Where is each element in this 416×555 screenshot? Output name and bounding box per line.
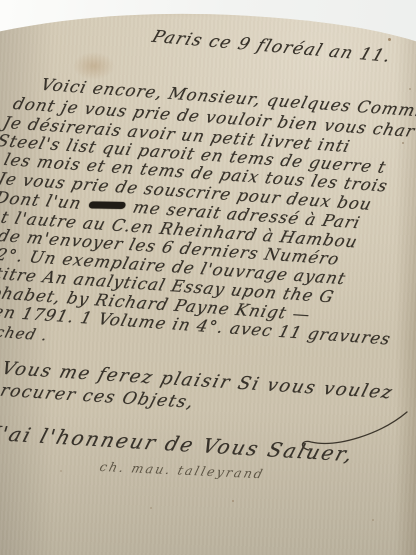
paper-speck — [388, 38, 391, 41]
signature: ch. mau. talleyrand — [98, 459, 266, 481]
letter-paper: Paris ce 9 floréal an 11. Voici encore, … — [0, 0, 416, 555]
paper-speck — [409, 88, 411, 90]
photo-backdrop: Paris ce 9 floréal an 11. Voici encore, … — [0, 0, 416, 555]
paper-speck — [402, 142, 404, 144]
paper-speck — [60, 470, 62, 472]
paper-speck — [232, 500, 234, 502]
paper-speck — [150, 507, 152, 509]
paper-speck — [372, 519, 374, 521]
letter-dateline: Paris ce 9 floréal an 11. — [149, 27, 394, 67]
ink-blot-redaction — [88, 201, 126, 209]
signature-flourish — [293, 406, 415, 458]
letter-line: ched . — [0, 323, 50, 344]
